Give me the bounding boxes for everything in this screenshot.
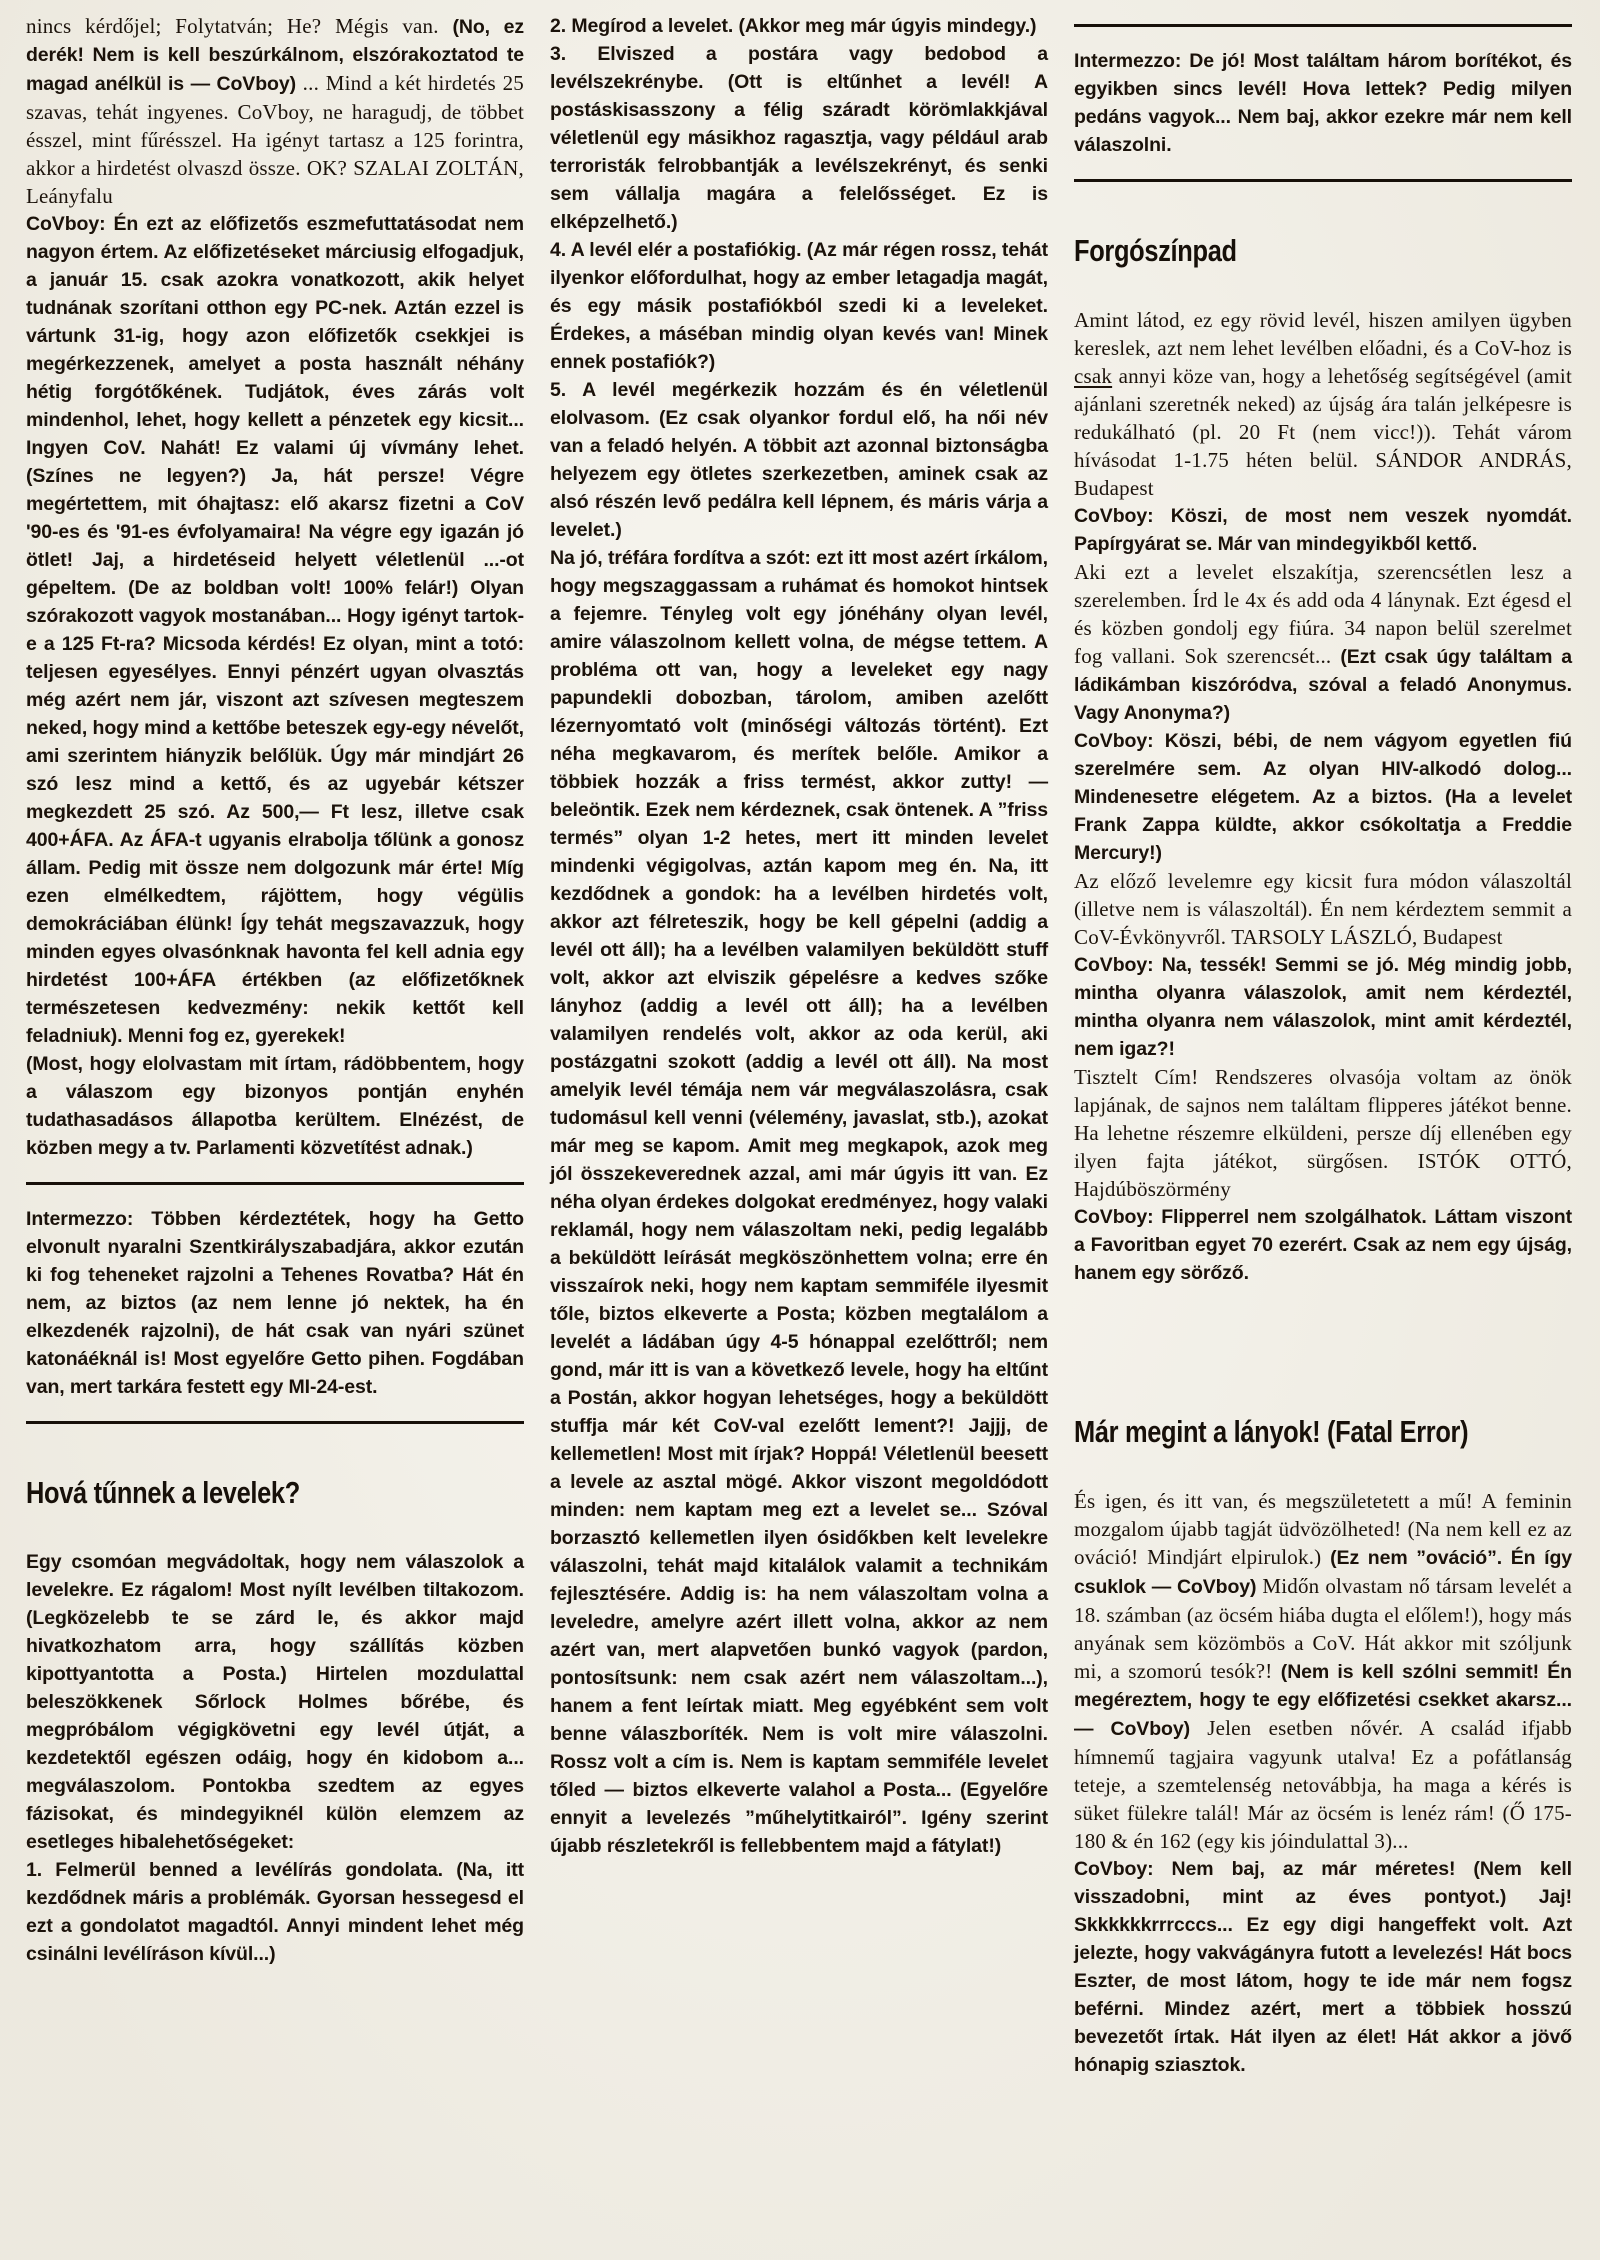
section-divider: [26, 1182, 524, 1185]
paragraph: 3. Elviszed a postára vagy bedobod a lev…: [550, 40, 1048, 236]
paragraph: Az előző levelemre egy kicsit fura módon…: [1074, 867, 1572, 951]
serif-text-segment: Az előző levelemre egy kicsit fura módon…: [1074, 869, 1572, 949]
paragraph: 2. Megírod a levelet. (Akkor meg már úgy…: [550, 12, 1048, 40]
bold-text-segment: CoVboy: Köszi, bébi, de nem vágyom egyet…: [1074, 730, 1572, 864]
section-divider: [26, 1421, 524, 1424]
serif-text-segment: Amint látod, ez egy rövid levél, hiszen …: [1074, 308, 1572, 360]
serif-text-segment: Tisztelt Cím! Rendszeres olvasója voltam…: [1074, 1065, 1572, 1201]
paragraph: CoVboy: Nem baj, az már méretes! (Nem ke…: [1074, 1855, 1572, 2079]
magazine-letters-page: nincs kérdőjel; Folytatván; He? Mégis va…: [0, 0, 1600, 2260]
bold-text-segment: Intermezzo: Többen kérdeztétek, hogy ha …: [26, 1208, 524, 1398]
column-3: Intermezzo: De jó! Most találtam három b…: [1074, 12, 1572, 2260]
bold-text-segment: Intermezzo: De jó! Most találtam három b…: [1074, 50, 1572, 156]
paragraph: nincs kérdőjel; Folytatván; He? Mégis va…: [26, 12, 524, 210]
bold-text-segment: CoVboy: Na, tessék! Semmi se jó. Még min…: [1074, 954, 1572, 1060]
section-divider: [1074, 179, 1572, 182]
paragraph: Intermezzo: De jó! Most találtam három b…: [1074, 47, 1572, 159]
paragraph: Amint látod, ez egy rövid levél, hiszen …: [1074, 306, 1572, 502]
paragraph: CoVboy: Én ezt az előfizetős eszmefuttat…: [26, 210, 524, 1050]
bold-text-segment: CoVboy: Köszi, de most nem veszek nyomdá…: [1074, 505, 1572, 555]
bold-text-segment: 2. Megírod a levelet. (Akkor meg már úgy…: [550, 15, 1036, 37]
serif-text-segment: nincs kérdőjel; Folytatván; He? Mégis va…: [26, 14, 452, 38]
bold-text-segment: CoVboy: Nem baj, az már méretes! (Nem ke…: [1074, 1858, 1572, 2076]
bold-text-segment: 4. A levél elér a postafiókig. (Az már r…: [550, 239, 1048, 373]
bold-text-segment: Egy csomóan megvádoltak, hogy nem válasz…: [26, 1551, 524, 1853]
section-heading: Hová tűnnek a levelek?: [26, 1476, 524, 1510]
paragraph: (Most, hogy elolvastam mit írtam, rádöbb…: [26, 1050, 524, 1162]
paragraph: 5. A levél megérkezik hozzám és én vélet…: [550, 376, 1048, 544]
paragraph: CoVboy: Flipperrel nem szolgálhatok. Lát…: [1074, 1203, 1572, 1287]
bold-text-segment: 1. Felmerül benned a levélírás gondolata…: [26, 1859, 524, 1965]
bold-text-segment: Na jó, tréfára fordítva a szót: ezt itt …: [550, 547, 1048, 1857]
paragraph: Intermezzo: Többen kérdeztétek, hogy ha …: [26, 1205, 524, 1401]
serif-text-segment: annyi köze van, hogy a lehetőség segítsé…: [1074, 364, 1572, 500]
bold-text-segment: 5. A levél megérkezik hozzám és én vélet…: [550, 379, 1048, 541]
section-heading: Már megint a lányok! (Fatal Error): [1074, 1415, 1572, 1449]
section-heading-text: Már megint a lányok! (Fatal Error): [1074, 1415, 1468, 1449]
section-heading-text: Forgószínpad: [1074, 234, 1237, 268]
paragraph: Egy csomóan megvádoltak, hogy nem válasz…: [26, 1548, 524, 1856]
paragraph: CoVboy: Köszi, de most nem veszek nyomdá…: [1074, 502, 1572, 558]
bold-text-segment: (Most, hogy elolvastam mit írtam, rádöbb…: [26, 1053, 524, 1159]
column-1: nincs kérdőjel; Folytatván; He? Mégis va…: [26, 12, 524, 2260]
section-heading: Forgószínpad: [1074, 234, 1572, 268]
bold-text-segment: CoVboy: Flipperrel nem szolgálhatok. Lát…: [1074, 1206, 1572, 1284]
bold-text-segment: CoVboy: Én ezt az előfizetős eszmefuttat…: [26, 213, 524, 1047]
section-heading-text: Hová tűnnek a levelek?: [26, 1476, 300, 1510]
serif-text-segment: csak: [1074, 364, 1112, 388]
paragraph: 4. A levél elér a postafiókig. (Az már r…: [550, 236, 1048, 376]
paragraph: És igen, és itt van, és megszületetett a…: [1074, 1487, 1572, 1855]
paragraph: 1. Felmerül benned a levélírás gondolata…: [26, 1856, 524, 1968]
column-2: 2. Megírod a levelet. (Akkor meg már úgy…: [550, 12, 1048, 2260]
paragraph: Aki ezt a levelet elszakítja, szerencsét…: [1074, 558, 1572, 727]
paragraph: Na jó, tréfára fordítva a szót: ezt itt …: [550, 544, 1048, 1860]
paragraph: Tisztelt Cím! Rendszeres olvasója voltam…: [1074, 1063, 1572, 1203]
section-divider: [1074, 24, 1572, 27]
paragraph: CoVboy: Köszi, bébi, de nem vágyom egyet…: [1074, 727, 1572, 867]
paragraph: CoVboy: Na, tessék! Semmi se jó. Még min…: [1074, 951, 1572, 1063]
bold-text-segment: 3. Elviszed a postára vagy bedobod a lev…: [550, 43, 1048, 233]
